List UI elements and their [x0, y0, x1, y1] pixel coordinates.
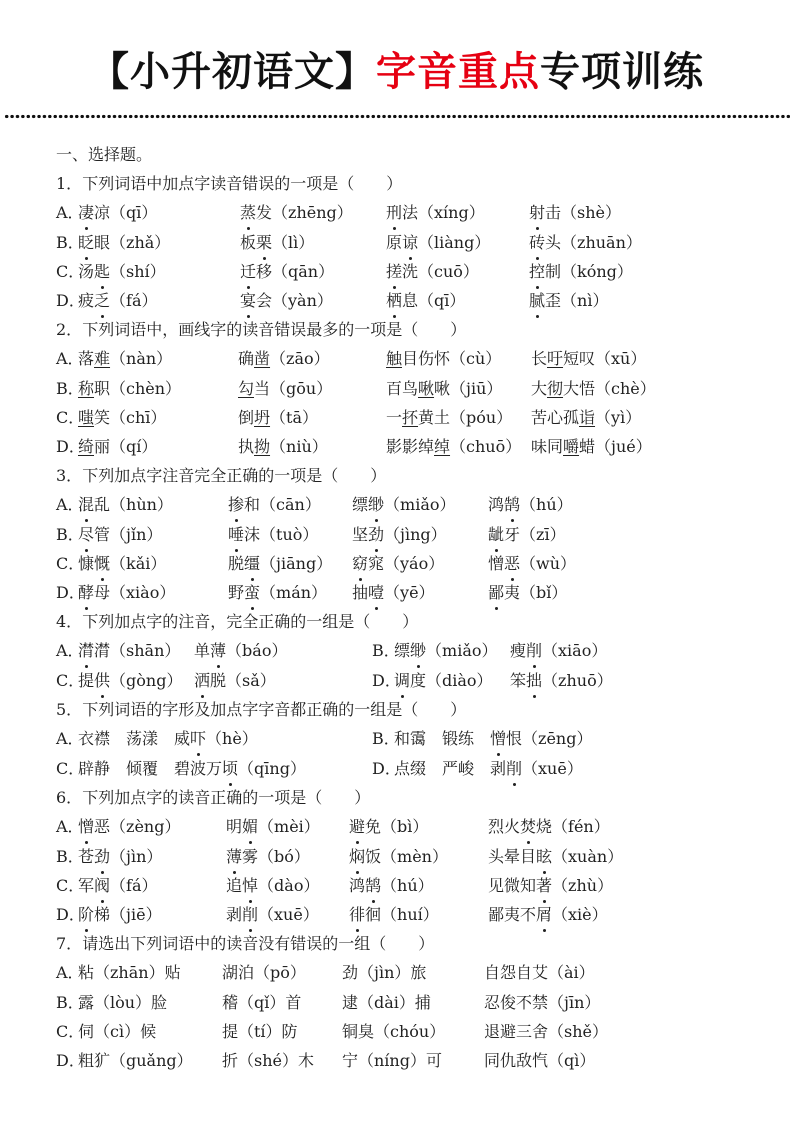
option-item: 鄙夷不屑（xiè） — [488, 900, 608, 929]
item-text: 和（cān） — [244, 495, 321, 514]
item-text: 恨（zēng） — [506, 729, 592, 748]
item-text: 雾（bó） — [242, 847, 310, 866]
underlined-char: 绮 — [78, 437, 94, 456]
underlined-char: 吁 — [547, 349, 563, 368]
dotted-char: 匙 — [94, 257, 110, 286]
dotted-char: 酵 — [78, 578, 94, 607]
options-row: A．衣襟 荡漾 威吓（hè）B．和霭 锻练 憎恨（zēng） — [56, 724, 756, 753]
underlined-char: 诣 — [579, 408, 595, 427]
option-b[interactable]: B．露（lòu）脸稽（qǐ）首逮（dài）捕忍俊不禁（jīn） — [56, 988, 756, 1017]
dotted-char: 阶 — [78, 900, 94, 929]
option-item: 长吁短叹（xū） — [531, 344, 646, 373]
dotted-char: 避 — [349, 812, 365, 841]
question-5-stem: 5．下列词语的字形及加点字字音都正确的一组是（ ） — [56, 695, 466, 724]
item-text: 发（zhēng） — [256, 203, 353, 222]
option-a[interactable]: A．混乱（hùn）掺和（cān）缥缈（miǎo）鸿鹄（hú） — [56, 490, 756, 519]
option-item: 脱缰（jiāng） — [228, 549, 332, 578]
item-text: 大 — [531, 379, 547, 398]
item-text: 同仇敌忾（qì） — [484, 1051, 595, 1070]
option-item: 蒸发（zhēng） — [240, 198, 353, 227]
dotted-char: 腻 — [529, 286, 545, 315]
option-item: 劲（jìn）旅 — [342, 958, 426, 987]
option-item: 汤匙（shí） — [78, 257, 166, 286]
dotted-char: 调 — [394, 666, 410, 695]
option-item: 调度（diào） — [394, 666, 493, 695]
option-item: 迁移（qān） — [240, 257, 334, 286]
item-text: （mèi） — [258, 817, 320, 836]
item-text: 母（xiào） — [94, 583, 175, 602]
options-row: C．辟静 倾覆 碧波万顷（qīng）D．点缀 严峻 剥削（xuē） — [56, 754, 756, 783]
item-text: 明 — [226, 817, 242, 836]
question-number: 5． — [56, 700, 82, 719]
item-text: 笨 — [510, 671, 526, 690]
dotted-char: 憎 — [490, 724, 506, 753]
item-text: 瘦 — [510, 641, 526, 660]
option-d[interactable]: D．调度（diào）笨拙（zhuō） — [372, 666, 682, 695]
item-text: 劲（jìn）旅 — [342, 963, 426, 982]
option-c[interactable]: C．军阀（fá）追悼（dào）鸿鹄（hú）见微知著（zhù） — [56, 871, 756, 900]
option-item: 抽噎（yē） — [352, 578, 435, 607]
option-item: 味同嚼蜡（jué） — [531, 432, 652, 461]
dotted-char: 洒 — [194, 666, 210, 695]
item-text: （miǎo） — [384, 495, 455, 514]
item-text: （jìn） — [110, 847, 162, 866]
question-text: 下列词语中，画线字的读音错误最多的一项是（ ） — [82, 320, 466, 339]
item-text: （zhuō） — [542, 671, 613, 690]
question-1-stem: 1．下列词语中加点字读音错误的一项是（ ） — [56, 169, 402, 198]
item-text: 鸿 — [349, 876, 365, 895]
item-text: （zāo） — [270, 349, 330, 368]
option-item: 焖饭（mèn） — [349, 842, 448, 871]
item-text: 和霭 锻练 — [394, 729, 490, 748]
option-item: 铜臭（chóu） — [342, 1017, 445, 1046]
item-text: 自怨自艾（ài） — [484, 963, 595, 982]
option-item: 自怨自艾（ài） — [484, 958, 595, 987]
item-text: 丽（qí） — [94, 437, 157, 456]
item-text: 伺（cì）候 — [78, 1022, 156, 1041]
item-text: 潸（shān） — [94, 641, 180, 660]
option-item: 瘦削（xiāo） — [510, 636, 607, 665]
option-item: 凄凉（qī） — [78, 198, 157, 227]
item-text: （yì） — [595, 408, 641, 427]
dotted-char: 慨 — [94, 549, 110, 578]
option-item: 鸿鹄（hú） — [349, 871, 434, 900]
item-text: （nàn） — [110, 349, 172, 368]
item-text: 乱（hùn） — [94, 495, 173, 514]
item-text: 度（diào） — [410, 671, 493, 690]
option-b[interactable]: B．称职（chèn）勾当（gōu）百鸟啾啾（jiū）大彻大悟（chè） — [56, 374, 756, 403]
question-3-stem: 3．下列加点字注音完全正确的一项是（ ） — [56, 461, 386, 490]
dotted-char: 焖 — [349, 842, 365, 871]
option-item: 栖息（qī） — [386, 286, 465, 315]
item-text: （miǎo） — [426, 641, 497, 660]
item-text: 露（lòu）脸 — [78, 993, 167, 1012]
option-c[interactable]: C．提供（gòng）洒脱（sǎ） — [56, 666, 366, 695]
option-item: 落难（nàn） — [78, 344, 172, 373]
question-number: 7． — [56, 934, 82, 953]
option-c[interactable]: C．嗤笑（chī）倒坍（tā）一抔黄土（póu）苦心孤诣（yì） — [56, 403, 756, 432]
option-item: 追悼（dào） — [226, 871, 319, 900]
option-a[interactable]: A．粘（zhān）贴湖泊（pō）劲（jìn）旅自怨自艾（ài） — [56, 958, 756, 987]
question-text: 请选出下列词语中的读音没有错误的一组（ ） — [82, 934, 434, 953]
item-text: （jìng） — [384, 525, 447, 544]
option-item: 徘徊（huí） — [349, 900, 439, 929]
underlined-char: 彻 — [547, 379, 563, 398]
option-a[interactable]: A．憎恶（zèng）明媚（mèi）避免（bì）烈火焚烧（fén） — [56, 812, 756, 841]
dotted-char: 潸 — [78, 636, 94, 665]
option-item: 百鸟啾啾（jiū） — [386, 374, 502, 403]
option-item: 刑法（xíng） — [386, 198, 485, 227]
item-text: 百鸟 — [386, 379, 418, 398]
item-text: 铜臭（chóu） — [342, 1022, 445, 1041]
item-text: 倒 — [238, 408, 254, 427]
item-text: 会（yàn） — [256, 291, 333, 310]
dotted-char: 蒸 — [240, 198, 256, 227]
dotted-char: 凄 — [78, 198, 94, 227]
option-item: 折（shé）木 — [222, 1046, 314, 1075]
option-item: 坚劲（jìng） — [352, 520, 447, 549]
item-text: （xuē） — [258, 905, 319, 924]
dotted-char: 控 — [529, 257, 545, 286]
option-item: 逮（dài）捕 — [342, 988, 431, 1017]
dotted-char: 拙 — [526, 666, 542, 695]
option-item: 称职（chèn） — [78, 374, 181, 403]
option-item: 同仇敌忾（qì） — [484, 1046, 595, 1075]
item-text: （báo） — [226, 641, 287, 660]
item-text: 憎 — [488, 554, 504, 573]
dotted-char: 缈 — [368, 490, 384, 519]
item-text: 歪（nì） — [545, 291, 608, 310]
item-text: 板 — [240, 233, 256, 252]
dotted-char: 顷 — [222, 754, 238, 783]
underlined-char: 勾 — [238, 379, 254, 398]
option-d[interactable]: D．粗犷（guǎng）折（shé）木宁（níng）可同仇敌忾（qì） — [56, 1046, 756, 1075]
option-item: 明媚（mèi） — [226, 812, 320, 841]
dotted-char: 憎 — [78, 812, 94, 841]
dotted-char: 刑 — [386, 198, 402, 227]
item-text: （xuàn） — [552, 847, 623, 866]
option-b[interactable]: B．尽管（jǐn）唾沫（tuò）坚劲（jìng）龇牙（zī） — [56, 520, 756, 549]
question-7-stem: 7．请选出下列词语中的读音没有错误的一组（ ） — [56, 929, 434, 958]
item-text: （hè） — [206, 729, 258, 748]
question-text: 下列加点字的读音正确的一项是（ ） — [82, 788, 370, 807]
question-text: 下列加点字注音完全正确的一项是（ ） — [82, 466, 386, 485]
item-text: 见微知 — [488, 876, 536, 895]
option-item: 伺（cì）候 — [78, 1017, 156, 1046]
option-d[interactable]: D．点缀 严峻 剥削（xuē） — [372, 754, 682, 783]
dotted-char: 屑 — [536, 900, 552, 929]
item-text: 烈火 — [488, 817, 520, 836]
option-a[interactable]: A．衣襟 荡漾 威吓（hè） — [56, 724, 366, 753]
option-item: 忍俊不禁（jīn） — [484, 988, 600, 1017]
option-item: 点缀 严峻 剥削（xuē） — [394, 754, 583, 783]
item-text: 一 — [386, 408, 402, 427]
option-item: 避免（bì） — [349, 812, 428, 841]
question-2-stem: 2．下列词语中，画线字的读音错误最多的一项是（ ） — [56, 315, 466, 344]
item-text: 大悟（chè） — [563, 379, 656, 398]
item-text: 制（kóng） — [545, 262, 633, 281]
dotted-divider — [4, 114, 790, 119]
item-text: （lì） — [272, 233, 314, 252]
option-item: 衣襟 荡漾 威吓（hè） — [78, 724, 258, 753]
item-text: 辟静 倾覆 碧波万 — [78, 759, 222, 778]
option-item: 板栗（lì） — [240, 228, 314, 257]
item-text: 蜡（jué） — [579, 437, 652, 456]
option-d[interactable]: D．阶梯（jiē）剥削（xuē）徘徊（huí）鄙夷不屑（xiè） — [56, 900, 756, 929]
option-item: 影影绰绰（chuō） — [386, 432, 521, 461]
option-item: 疲乏（fá） — [78, 286, 158, 315]
option-item: 原谅（liàng） — [386, 228, 490, 257]
dotted-char: 唾 — [228, 520, 244, 549]
option-item: 辟静 倾覆 碧波万顷（qīng） — [78, 754, 306, 783]
dotted-char: 乏 — [94, 286, 110, 315]
item-text: 职（chèn） — [94, 379, 181, 398]
option-item: 缥缈（miǎo） — [352, 490, 456, 519]
item-text: 确 — [238, 349, 254, 368]
option-item: 酵母（xiào） — [78, 578, 175, 607]
item-text: 疲 — [78, 291, 94, 310]
option-b[interactable]: B．眨眼（zhǎ）板栗（lì）原谅（liàng）砖头（zhuān） — [56, 228, 756, 257]
option-item: 触目伤怀（cù） — [386, 344, 501, 373]
option-item: 宁（níng）可 — [342, 1046, 442, 1075]
option-c[interactable]: C．慷慨（kǎi）脱缰（jiāng）窈窕（yáo）憎恶（wù） — [56, 549, 756, 578]
underlined-char: 称 — [78, 379, 94, 398]
item-text: 宁（níng）可 — [342, 1051, 442, 1070]
item-text: 洗（cuō） — [402, 262, 479, 281]
options-row: A．潸潸（shān）单薄（báo）B．缥缈（miǎo）瘦削（xiāo） — [56, 636, 756, 665]
option-item: 宴会（yàn） — [240, 286, 333, 315]
item-text: （xiè） — [552, 905, 608, 924]
dotted-char: 鄙 — [488, 578, 504, 607]
option-item: 倒坍（tā） — [238, 403, 318, 432]
option-b[interactable]: B．和霭 锻练 憎恨（zēng） — [372, 724, 682, 753]
item-text: （xiāo） — [542, 641, 607, 660]
option-d[interactable]: D．疲乏（fá）宴会（yàn）栖息（qī）腻歪（nì） — [56, 286, 756, 315]
item-text: 脱 — [228, 554, 244, 573]
item-text: （hú） — [381, 876, 434, 895]
option-item: 露（lòu）脸 — [78, 988, 167, 1017]
item-text: 原 — [386, 233, 402, 252]
item-text: （fá） — [110, 291, 157, 310]
item-text: 汤 — [78, 262, 94, 281]
option-item: 龇牙（zī） — [488, 520, 566, 549]
dotted-char: 缰 — [244, 549, 260, 578]
item-text: 凉（qī） — [94, 203, 157, 222]
item-text: （niù） — [270, 437, 328, 456]
item-text: （tā） — [270, 408, 318, 427]
dotted-char: 恶 — [504, 549, 520, 578]
option-item: 嗤笑（chī） — [78, 403, 166, 432]
question-6-stem: 6．下列加点字的读音正确的一项是（ ） — [56, 783, 370, 812]
option-item: 剥削（xuē） — [226, 900, 319, 929]
dotted-char: 削 — [506, 754, 522, 783]
option-c[interactable]: C．辟静 倾覆 碧波万顷（qīng） — [56, 754, 366, 783]
dotted-char: 栖 — [386, 286, 402, 315]
item-text: 息（qī） — [402, 291, 465, 310]
underlined-char: 触 — [386, 349, 402, 368]
item-text: 苍 — [78, 847, 94, 866]
dotted-char: 削 — [526, 636, 542, 665]
item-text: （dào） — [258, 876, 319, 895]
option-item: 见微知著（zhù） — [488, 871, 613, 900]
question-text: 下列词语的字形及加点字字音都正确的一组是（ ） — [82, 700, 466, 719]
option-item: 混乱（hùn） — [78, 490, 173, 519]
dotted-char: 媚 — [242, 812, 258, 841]
item-text: 移（qān） — [256, 262, 334, 281]
item-text: （fá） — [110, 876, 157, 895]
item-text: 衣襟 荡漾 威 — [78, 729, 190, 748]
option-item: 掺和（cān） — [228, 490, 321, 519]
item-text: （wù） — [520, 554, 576, 573]
page-title: 【小升初语文】字音重点专项训练 — [0, 44, 793, 100]
item-text: 长 — [531, 349, 547, 368]
option-item: 提（tí）防 — [222, 1017, 298, 1046]
underlined-char: 拗 — [254, 437, 270, 456]
question-number: 6． — [56, 788, 82, 807]
item-text: 鸿 — [488, 495, 504, 514]
dotted-char: 迁 — [240, 257, 256, 286]
item-text: （chuō） — [450, 437, 521, 456]
item-text: 逮（dài）捕 — [342, 993, 431, 1012]
question-number: 3． — [56, 466, 82, 485]
item-text: （jiāng） — [260, 554, 332, 573]
option-item: 憎恶（zèng） — [78, 812, 180, 841]
dotted-char: 蛮 — [244, 578, 260, 607]
option-a[interactable]: A．落难（nàn）确凿（zāo）触目伤怀（cù）长吁短叹（xū） — [56, 344, 756, 373]
dotted-char: 薄 — [226, 842, 242, 871]
option-item: 烈火焚烧（fén） — [488, 812, 610, 841]
option-item: 阶梯（jiē） — [78, 900, 162, 929]
question-text: 下列词语中加点字读音错误的一项是（ ） — [82, 174, 402, 193]
item-text: 笑（chī） — [94, 408, 166, 427]
option-item: 一抔黄土（póu） — [386, 403, 512, 432]
item-text: 缥 — [394, 641, 410, 660]
item-text: 击（shè） — [545, 203, 621, 222]
option-d[interactable]: D．酵母（xiào）野蛮（mán）抽噎（yē）鄙夷（bǐ） — [56, 578, 756, 607]
dotted-char: 阀 — [94, 871, 110, 900]
option-item: 砖头（zhuān） — [529, 228, 642, 257]
option-item: 慷慨（kǎi） — [78, 549, 166, 578]
option-item: 憎恶（wù） — [488, 549, 576, 578]
option-item: 腻歪（nì） — [529, 286, 608, 315]
underlined-char: 啾 — [418, 379, 434, 398]
dotted-char: 鹄 — [365, 871, 381, 900]
option-item: 稽（qǐ）首 — [222, 988, 301, 1017]
option-item: 笨拙（zhuō） — [510, 666, 613, 695]
underlined-char: 难 — [94, 349, 110, 368]
item-text: 眼（zhǎ） — [94, 233, 170, 252]
option-item: 薄雾（bó） — [226, 842, 310, 871]
dotted-char: 噎 — [368, 578, 384, 607]
item-text: 单 — [194, 641, 210, 660]
item-text: 当（gōu） — [254, 379, 332, 398]
item-text: 抽 — [352, 583, 368, 602]
dotted-char: 掺 — [228, 490, 244, 519]
underlined-char: 绰 — [434, 437, 450, 456]
item-text: 夷（bǐ） — [504, 583, 567, 602]
underlined-char: 坍 — [254, 408, 270, 427]
option-item: 粘（zhān）贴 — [78, 958, 181, 987]
item-text: 鄙夷不 — [488, 905, 536, 924]
underlined-char: 抔 — [402, 408, 418, 427]
item-text: 黄土（póu） — [418, 408, 512, 427]
dotted-char: 龇 — [488, 520, 504, 549]
option-a[interactable]: A．潸潸（shān）单薄（báo） — [56, 636, 366, 665]
option-item: 潸潸（shān） — [78, 636, 180, 665]
item-text: 执 — [238, 437, 254, 456]
option-item: 尽管（jǐn） — [78, 520, 162, 549]
option-item: 确凿（zāo） — [238, 344, 330, 373]
dotted-char: 鹄 — [504, 490, 520, 519]
option-item: 控制（kóng） — [529, 257, 633, 286]
dotted-char: 劲 — [94, 842, 110, 871]
options-row: C．提供（gòng）洒脱（sǎ）D．调度（diào）笨拙（zhuō） — [56, 666, 756, 695]
option-item: 绮丽（qí） — [78, 432, 157, 461]
option-item: 退避三舍（shě） — [484, 1017, 608, 1046]
option-item: 单薄（báo） — [194, 636, 287, 665]
option-item: 射击（shè） — [529, 198, 621, 227]
item-text: 剥 — [226, 905, 242, 924]
dotted-char: 眨 — [78, 228, 94, 257]
option-item: 苍劲（jìn） — [78, 842, 162, 871]
option-item: 头晕目眩（xuàn） — [488, 842, 623, 871]
option-d[interactable]: D．绮丽（qí）执拗（niù）影影绰绰（chuō）味同嚼蜡（jué） — [56, 432, 756, 461]
option-item: 和霭 锻练 憎恨（zēng） — [394, 724, 592, 753]
title-highlight: 字音重点 — [376, 49, 540, 95]
option-c[interactable]: C．汤匙（shí）迁移（qān）搓洗（cuō）控制（kóng） — [56, 257, 756, 286]
item-text: 军 — [78, 876, 94, 895]
dotted-char: 谅 — [402, 228, 418, 257]
item-text: （xuē） — [522, 759, 583, 778]
option-b[interactable]: B．苍劲（jìn）薄雾（bó）焖饭（mèn）头晕目眩（xuàn） — [56, 842, 756, 871]
dotted-char: 劲 — [368, 520, 384, 549]
option-a[interactable]: A．凄凉（qī）蒸发（zhēng）刑法（xíng）射击（shè） — [56, 198, 756, 227]
dotted-char: 削 — [242, 900, 258, 929]
option-item: 提供（gòng） — [78, 666, 182, 695]
option-c[interactable]: C．伺（cì）候提（tí）防铜臭（chóu）退避三舍（shě） — [56, 1017, 756, 1046]
item-text: 恶（zèng） — [94, 817, 180, 836]
item-text: 法（xíng） — [402, 203, 485, 222]
dotted-char: 薄 — [210, 636, 226, 665]
underlined-char: 嚼 — [563, 437, 579, 456]
underlined-char: 凿 — [254, 349, 270, 368]
option-item: 湖泊（pō） — [222, 958, 306, 987]
dotted-char: 搓 — [386, 257, 402, 286]
dotted-char: 眩 — [536, 842, 552, 871]
dotted-char: 焚 — [520, 812, 536, 841]
item-text: 折（shé）木 — [222, 1051, 314, 1070]
item-text: （kǎi） — [110, 554, 166, 573]
option-item: 唾沫（tuò） — [228, 520, 318, 549]
option-b[interactable]: B．缥缈（miǎo）瘦削（xiāo） — [372, 636, 682, 665]
item-text: 短叹（xū） — [563, 349, 646, 368]
item-text: 沫（tuò） — [244, 525, 318, 544]
question-number: 2． — [56, 320, 82, 339]
item-text: 提（tí）防 — [222, 1022, 298, 1041]
item-text: 窕（yáo） — [368, 554, 444, 573]
dotted-char: 混 — [78, 490, 94, 519]
item-text: 稽（qǐ）首 — [222, 993, 301, 1012]
option-item: 眨眼（zhǎ） — [78, 228, 170, 257]
option-item: 勾当（gōu） — [238, 374, 332, 403]
dotted-char: 射 — [529, 198, 545, 227]
item-text: （gòng） — [110, 671, 182, 690]
item-text: 头晕目 — [488, 847, 536, 866]
underlined-char: 嗤 — [78, 408, 94, 427]
item-text: 粘（zhān）贴 — [78, 963, 181, 982]
item-text: （liàng） — [418, 233, 490, 252]
item-text: 苦心孤 — [531, 408, 579, 427]
